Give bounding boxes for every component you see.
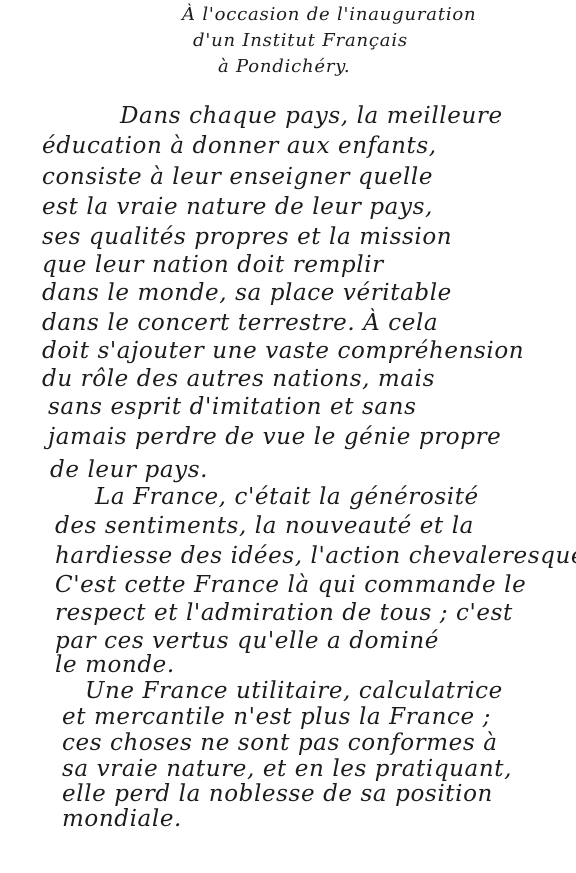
text-line: consiste à leur enseigner quelle — [42, 164, 433, 190]
text-line: du rôle des autres nations, mais — [42, 366, 435, 392]
text-line: Une France utilitaire, calculatrice — [85, 678, 503, 704]
text-line: doit s'ajouter une vaste compréhension — [42, 338, 524, 364]
text-line: de leur pays. — [50, 457, 208, 483]
text-line: La France, c'était la générosité — [95, 484, 479, 510]
text-line: elle perd la noblesse de sa position — [62, 781, 493, 807]
text-line: dans le concert terrestre. À cela — [42, 310, 438, 336]
text-line: est la vraie nature de leur pays, — [42, 194, 433, 220]
text-line: sans esprit d'imitation et sans — [48, 394, 416, 420]
text-line: par ces vertus qu'elle a dominé — [55, 628, 439, 654]
text-line: et mercantile n'est plus la France ; — [62, 704, 491, 730]
text-line: Dans chaque pays, la meilleure — [120, 103, 503, 129]
text-line: dans le monde, sa place véritable — [42, 280, 452, 306]
heading-line: d'un Institut Français — [193, 30, 408, 51]
text-line: sa vraie nature, et en les pratiquant, — [62, 756, 512, 782]
text-line: éducation à donner aux enfants, — [42, 133, 437, 159]
text-line: le monde. — [55, 652, 175, 678]
heading-line: À l'occasion de l'inauguration — [182, 4, 476, 25]
heading-line: à Pondichéry. — [218, 56, 350, 77]
text-line: que leur nation doit remplir — [42, 252, 384, 278]
text-line: mondiale. — [62, 806, 182, 832]
letter-page: À l'occasion de l'inauguration d'un Inst… — [0, 0, 576, 873]
text-line: ces choses ne sont pas conformes à — [62, 730, 498, 756]
text-line: hardiesse des idées, l'action chevaleres… — [55, 543, 576, 569]
text-line: respect et l'admiration de tous ; c'est — [55, 600, 513, 626]
text-line: C'est cette France là qui commande le — [55, 572, 526, 598]
text-line: des sentiments, la nouveauté et la — [55, 513, 474, 539]
text-line: jamais perdre de vue le génie propre — [48, 424, 501, 450]
text-line: ses qualités propres et la mission — [42, 224, 452, 250]
